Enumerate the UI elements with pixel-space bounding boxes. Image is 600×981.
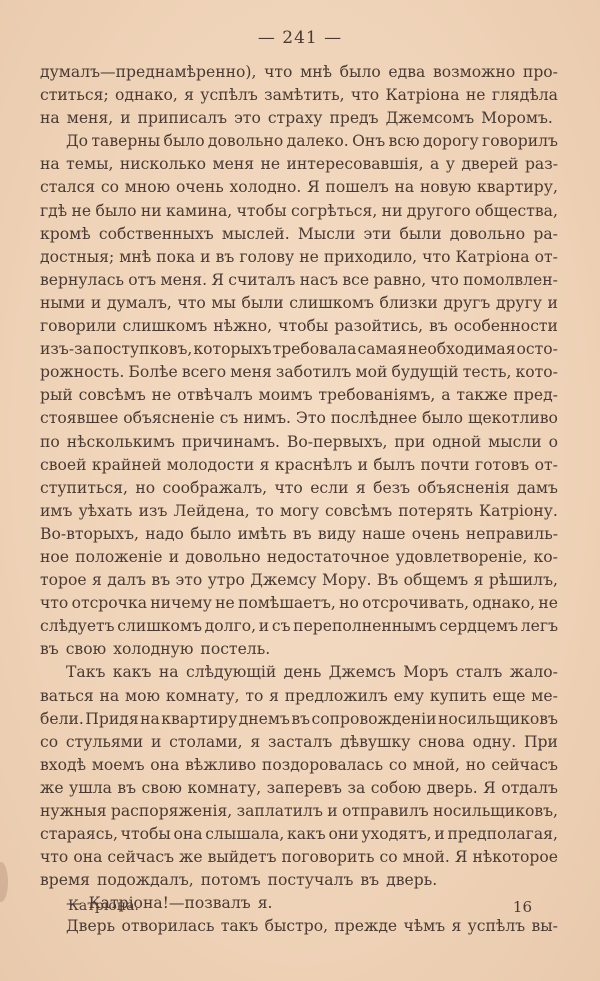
text-line: тороеядалъвъэтоутроДжемсуМору.Въобщемъяр… [40,569,558,592]
text-line: сталсясомноюоченьхолодно.Япошелънановуюк… [40,176,558,199]
signature-number: 16 [513,898,532,916]
text-line: стоявшееобъясненіесънимъ.Этопослѣднеебыл… [40,407,558,430]
text-line: своейкрайнеймолодостиякраснѣлъибылъпочти… [40,454,558,477]
text-line: имъуѣхатьизъЛейдена,томогусовсѣмъпотерят… [40,500,558,523]
body-text: думалъ—преднамѣренно),чтомнѣбылоедвавозм… [40,61,558,939]
text-line: Дверьотвориласьтакъбыстро,преждечѣмъяусп… [40,915,558,938]
text-line: думалъ—преднамѣренно),чтомнѣбылоедвавозм… [40,61,558,84]
text-line: ТакъкакънаслѣдующійденьДжемсъМоръсталъжа… [40,661,558,684]
page-number: — 241 — [0,28,600,48]
text-line: слѣдуетъслишкомъдолго,исъпереполненнымъс… [40,615,558,638]
text-line: стараясь,чтобыонаслышала,какъониуходятъ,… [40,823,558,846]
text-line: входѣмоемъонавѣжливопоздороваласьсомной,… [40,754,558,777]
text-line: изъ-запоступковъ,которыхътребоваласамаян… [40,338,558,361]
text-line: Во-вторыхъ,надобылоимѣтьвъвидунашеоченьн… [40,523,558,546]
text-line: ноеположеніеидовольнонедостаточноеудовле… [40,546,558,569]
text-line: кромѣсобственныхъмыслей.Мыслиэтибылидово… [40,223,558,246]
text-line: наменя,иприписалъэтострахупредъДжемсомъМ… [40,107,558,130]
text-line: рожность.Болѣевсегоменязаботилъмойбудущі… [40,361,558,384]
text-line: чтоонасейчасъжевыйдетъпоговоритьсомной.Я… [40,846,558,869]
text-line: жеушлавъсвоюкомнату,заперевъзасобоюдверь… [40,777,558,800]
text-line: Дотаверныбылодовольнодалеко.Онъвсюдорогу… [40,130,558,153]
page-footer: Катріона. 16 [68,898,528,916]
text-line: времяподождалъ,потомъпостучалъвъдверь. [40,869,558,892]
text-line: бели.Придянаквартируднемъвъсопровожденіи… [40,708,558,731]
page-edge-stain [0,862,8,902]
text-line: говорилислишкомънѣжно,чтобыразойтись,въо… [40,315,558,338]
text-line: ступиться,носоображалъ,чтоеслиябезъобъяс… [40,477,558,500]
text-line: понѣсколькимъпричинамъ.Во-первыхъ,приодн… [40,431,558,454]
signature-title: Катріона. [68,898,139,916]
text-line: состульямиистолами,язасталъдѣвушкусновао… [40,731,558,754]
text-line: нымиидумалъ,чтомыбылислишкомъблизкидругъ… [40,292,558,315]
text-line: рыйсовсѣмънеотвѣчалъмоимътребованіямъ,ат… [40,384,558,407]
text-line: ватьсянамоюкомнату,тояпредложилъемукупит… [40,685,558,708]
text-line: достныя;мнѣпокаивъголовунеприходило,чтоК… [40,246,558,269]
text-line: ститься;однако,яуспѣлъзамѣтить,чтоКатріо… [40,84,558,107]
text-line: натемы,нисколькоменянеинтересовавшія,ауд… [40,153,558,176]
text-line: гдѣнебылоникамина,чтобысогрѣться,нидруго… [40,200,558,223]
text-line: нужныяраспоряженія,заплатилъиотправилъно… [40,800,558,823]
text-line: въсвоюхолоднуюпостель. [40,638,558,661]
text-line: вернуласьотъменя.Ясчиталънасъвсеравно,чт… [40,269,558,292]
text-line: чтоотсрочканичемунепомѣшаетъ,ноотсрочива… [40,592,558,615]
